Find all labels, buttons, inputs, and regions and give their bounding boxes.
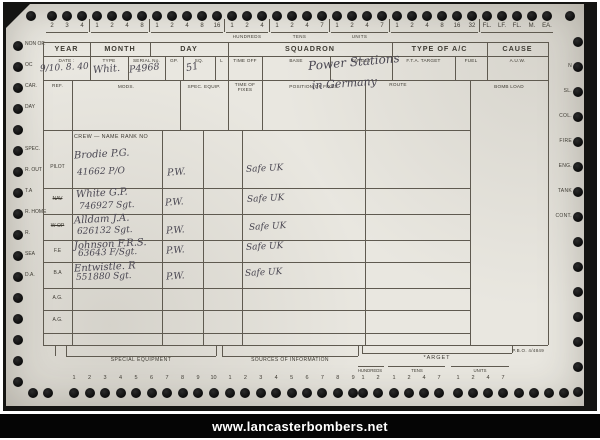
grid-line	[222, 345, 223, 356]
punch-hole	[116, 388, 126, 398]
punch-hole	[573, 262, 583, 272]
margin-label-right: ENG.	[542, 164, 572, 170]
punch-number: 3	[97, 375, 113, 381]
punch-hole	[225, 388, 235, 398]
grid-line	[66, 345, 67, 356]
punch-hole	[13, 41, 23, 51]
punch-number: 8	[175, 375, 191, 381]
crew-role-label: NAV	[43, 197, 72, 203]
punch-hole	[162, 388, 172, 398]
field-value-handwritten: Whit.	[93, 63, 121, 77]
punch-hole	[573, 337, 583, 347]
punch-number: 32	[464, 23, 480, 30]
punch-hole	[498, 388, 508, 398]
punch-number: EA.	[539, 23, 555, 30]
punch-number: 4	[416, 375, 432, 381]
grid-line	[481, 32, 553, 33]
crew-role-label: A.G.	[43, 296, 72, 302]
punch-hole	[13, 83, 23, 93]
punch-hole	[13, 188, 23, 198]
crew-role-label: A.G.	[43, 318, 72, 324]
punch-hole	[137, 11, 147, 21]
grid-line	[203, 130, 204, 345]
margin-label-right: COL.	[542, 114, 572, 120]
punch-hole	[182, 11, 192, 21]
margin-label-left: T.A	[25, 189, 52, 195]
section-label: TIME OF FIXES	[228, 82, 262, 92]
punch-hole	[227, 11, 237, 21]
section-label: REF.	[43, 83, 72, 89]
header-cell-label: DAY	[150, 45, 228, 53]
punch-hole	[13, 251, 23, 261]
punch-hole	[529, 388, 539, 398]
punch-number: 3	[253, 375, 269, 381]
punch-hole	[389, 388, 399, 398]
punch-hole	[373, 388, 383, 398]
punch-hole	[178, 388, 188, 398]
bottom-subgroup-label: HUNDREDS	[346, 368, 394, 373]
punch-hole	[573, 162, 583, 172]
crew-fate-initial: P.W.	[166, 224, 185, 236]
punch-hole	[13, 230, 23, 240]
punch-hole	[107, 11, 117, 21]
field-label: GP.	[165, 58, 183, 64]
punch-number: 4	[113, 375, 129, 381]
punch-number: 1	[269, 23, 285, 30]
grid-line	[43, 288, 470, 289]
grid-line	[358, 366, 384, 367]
punch-number: 2	[401, 375, 417, 381]
punch-number: 7	[314, 375, 330, 381]
punch-number: 6	[144, 375, 160, 381]
punch-hole	[422, 11, 432, 21]
punch-hole	[240, 388, 250, 398]
section-label: BOMB LOAD	[470, 84, 548, 90]
punch-number: 4	[119, 23, 135, 30]
punch-number: 9	[190, 375, 206, 381]
punch-number: 8	[434, 23, 450, 30]
punch-hole	[271, 388, 281, 398]
punch-hole	[193, 388, 203, 398]
punch-number: 2	[239, 23, 255, 30]
punch-number: 1	[386, 375, 402, 381]
punch-hole	[453, 388, 463, 398]
watermark-bar: www.lancasterbombers.net	[0, 414, 600, 438]
punch-hole	[85, 388, 95, 398]
punch-number: 2	[164, 23, 180, 30]
punch-number: 1	[224, 23, 240, 30]
punch-hole	[287, 388, 297, 398]
grid-line	[43, 42, 548, 43]
crew-number: 41662 P/O	[77, 166, 125, 178]
crew-role-label: F.E	[43, 249, 72, 255]
margin-label-right: FIRE	[542, 139, 572, 145]
punch-hole	[147, 388, 157, 398]
form-ref: P.B.O. 4/4849	[474, 348, 544, 353]
punch-hole	[434, 388, 444, 398]
punch-number: 16	[209, 23, 225, 30]
crew-header: CREW — NAME RANK NO	[74, 134, 254, 140]
punch-number: 8	[330, 375, 346, 381]
margin-label-left: R. HOME	[25, 210, 52, 216]
punch-hole	[272, 11, 282, 21]
punch-number: 2	[344, 23, 360, 30]
punch-group-label: HUNDREDS	[220, 34, 274, 39]
punch-hole	[573, 137, 583, 147]
punch-hole	[69, 388, 79, 398]
punch-hole	[13, 104, 23, 114]
punch-hole	[242, 11, 252, 21]
punch-hole	[257, 11, 267, 21]
punch-number: 6	[299, 375, 315, 381]
grid-line	[451, 366, 509, 367]
punch-hole	[573, 237, 583, 247]
punch-number: 4	[419, 23, 435, 30]
punch-number: 8	[194, 23, 210, 30]
punch-number: 1	[329, 23, 345, 30]
bottom-group-label: *ARGET	[362, 355, 512, 361]
punch-hole	[377, 11, 387, 21]
grid-line	[43, 310, 470, 311]
punch-hole	[13, 146, 23, 156]
punch-number: 2	[44, 23, 60, 30]
header-cell-label: CAUSE	[487, 45, 548, 53]
crew-fate-initial: P.W.	[166, 270, 185, 282]
margin-label-right: N	[542, 64, 572, 70]
punch-hole	[13, 314, 23, 324]
punch-hole	[317, 11, 327, 21]
header-cell-label: MONTH	[90, 45, 150, 53]
punch-hole	[13, 293, 23, 303]
punch-number: 4	[268, 375, 284, 381]
punch-hole	[197, 11, 207, 21]
bottom-subgroup-label: UNITS	[456, 368, 504, 373]
bottom-group-label: SOURCES OF INFORMATION	[222, 358, 358, 364]
punch-hole	[347, 11, 357, 21]
header-cell-label: YEAR	[43, 45, 90, 53]
punch-hole	[26, 11, 36, 21]
punch-number: 4	[359, 23, 375, 30]
field-value-handwritten: P4968	[128, 61, 160, 75]
punch-number: 2	[465, 375, 481, 381]
punch-hole	[287, 11, 297, 21]
punch-hole	[573, 387, 583, 397]
punch-hole	[13, 356, 23, 366]
punch-hole	[573, 362, 583, 372]
punch-number: 4	[254, 23, 270, 30]
margin-label-left: DAY	[25, 105, 52, 111]
grid-line	[43, 130, 470, 131]
punch-number: 4	[480, 375, 496, 381]
punch-hole	[573, 287, 583, 297]
punch-hole	[512, 11, 522, 21]
punch-hole	[467, 11, 477, 21]
punch-number: 1	[222, 375, 238, 381]
punch-hole	[559, 388, 569, 398]
field-label: FUEL	[455, 58, 487, 64]
field-label: TIME OFF	[228, 58, 262, 64]
punch-number: M.	[524, 23, 540, 30]
punch-number: 1	[149, 23, 165, 30]
punch-number: 4	[179, 23, 195, 30]
punch-number: 2	[404, 23, 420, 30]
punch-number: 7	[495, 375, 511, 381]
margin-label-left: SPEC.	[25, 147, 52, 153]
punch-group-label: TENS	[273, 34, 327, 39]
punch-number: 2	[284, 23, 300, 30]
margin-label-left: R.	[25, 231, 52, 237]
punch-group-label: UNITS	[333, 34, 387, 39]
grid-line	[46, 32, 88, 33]
punch-hole	[13, 209, 23, 219]
punch-hole	[13, 125, 23, 135]
crew-role-label: W-OP	[43, 224, 72, 230]
field-label: A.U.W.	[487, 58, 548, 64]
section-label: SPEC. EQUIP.	[180, 84, 228, 90]
punch-hole	[348, 388, 358, 398]
punch-hole	[573, 37, 583, 47]
punch-number: 10	[206, 375, 222, 381]
punch-hole	[317, 388, 327, 398]
grid-line	[358, 345, 359, 356]
punch-number: 1	[66, 375, 82, 381]
punch-hole	[77, 11, 87, 21]
crew-fate-result: Safe UK	[246, 241, 284, 254]
punch-hole	[497, 11, 507, 21]
punch-number: 1	[355, 375, 371, 381]
punch-number: 2	[237, 375, 253, 381]
punch-hole	[62, 11, 72, 21]
punch-hole	[573, 312, 583, 322]
punch-number: 2	[104, 23, 120, 30]
punch-hole	[514, 388, 524, 398]
punch-number: 1	[89, 23, 105, 30]
crew-number: 746927 Sgt.	[79, 200, 135, 213]
punch-hole	[209, 388, 219, 398]
route-value-handwritten: in Germany	[312, 76, 378, 93]
crew-fate-initial: P.W.	[167, 166, 186, 178]
grid-line	[216, 345, 217, 356]
punch-hole	[333, 388, 343, 398]
grid-line	[365, 80, 366, 345]
section-label: MODS.	[72, 84, 180, 90]
punch-hole	[573, 62, 583, 72]
punch-hole	[573, 187, 583, 197]
punch-number: FL.	[509, 23, 525, 30]
punch-number: 16	[449, 23, 465, 30]
punch-hole	[13, 335, 23, 345]
grid-line	[226, 32, 268, 33]
punch-number: 5	[128, 375, 144, 381]
field-value-handwritten: 9/10. 8. 40	[40, 62, 89, 75]
grid-line	[91, 32, 148, 33]
crew-fate-result: Safe UK	[249, 221, 287, 234]
field-label: L	[215, 58, 228, 64]
grid-line	[151, 32, 223, 33]
crew-role-label: B.A	[43, 271, 72, 277]
punch-hole	[392, 11, 402, 21]
grid-line	[43, 56, 548, 57]
punch-hole	[212, 11, 222, 21]
punch-hole	[167, 11, 177, 21]
punch-number: 2	[370, 375, 386, 381]
punch-number: 3	[59, 23, 75, 30]
punch-hole	[43, 388, 53, 398]
crew-role-label: PILOT	[43, 165, 72, 171]
grid-line	[43, 345, 548, 346]
punch-hole	[332, 11, 342, 21]
field-label: F.T.A. TARGET	[392, 58, 455, 64]
grid-line	[262, 56, 263, 130]
punch-hole	[92, 11, 102, 21]
grid-line	[548, 42, 549, 345]
punch-hole	[131, 388, 141, 398]
grid-line	[271, 32, 328, 33]
punch-hole	[302, 11, 312, 21]
punch-hole	[482, 11, 492, 21]
crew-name: White G.P.	[76, 187, 128, 201]
grid-line	[388, 366, 445, 367]
bottom-group-label: SPECIAL EQUIPMENT	[66, 358, 216, 364]
punch-hole	[407, 11, 417, 21]
punch-hole	[13, 62, 23, 72]
punch-number: LF.	[494, 23, 510, 30]
punch-hole	[527, 11, 537, 21]
punch-hole	[302, 388, 312, 398]
grid-line	[55, 345, 56, 356]
punch-hole	[483, 388, 493, 398]
grid-line	[391, 32, 478, 33]
punch-number: 7	[159, 375, 175, 381]
punch-hole	[565, 11, 575, 21]
grid-line	[470, 80, 471, 345]
punch-hole	[28, 388, 38, 398]
punch-hole	[452, 11, 462, 21]
punch-number: 4	[299, 23, 315, 30]
watermark-url: www.lancasterbombers.net	[212, 419, 388, 434]
grid-line	[43, 80, 548, 81]
punch-hole	[358, 388, 368, 398]
punch-hole	[468, 388, 478, 398]
crew-fate-result: Safe UK	[245, 267, 283, 280]
punch-hole	[419, 388, 429, 398]
punch-hole	[542, 11, 552, 21]
crew-fate-initial: P.W.	[166, 244, 185, 256]
punch-hole	[13, 272, 23, 282]
punch-hole	[152, 11, 162, 21]
punch-hole	[404, 388, 414, 398]
punch-hole	[437, 11, 447, 21]
punch-hole	[100, 388, 110, 398]
punch-number: 7	[314, 23, 330, 30]
punch-number: 8	[134, 23, 150, 30]
punch-number: 7	[431, 375, 447, 381]
grid-line	[43, 333, 470, 334]
grid-line	[242, 130, 243, 345]
crew-fate-result: Safe UK	[246, 163, 284, 176]
punch-hole	[573, 212, 583, 222]
punch-hole	[122, 11, 132, 21]
screenshot-page: 2341248124816124HUNDREDS1247TENS1247UNIT…	[0, 0, 600, 440]
crew-number: 626132 Sgt.	[77, 225, 133, 238]
header-cell-label: TYPE OF A/C	[392, 45, 487, 53]
punch-number: 1	[389, 23, 405, 30]
grid-line	[331, 32, 388, 33]
punch-hole	[13, 167, 23, 177]
punch-number: FL.	[479, 23, 495, 30]
header-cell-label: SQUADRON	[228, 45, 392, 53]
grid-line	[72, 80, 73, 345]
punch-number: 2	[82, 375, 98, 381]
punch-number: 1	[450, 375, 466, 381]
crew-number: 63643 F/Sgt.	[78, 247, 138, 260]
crew-fate-result: Safe UK	[247, 193, 285, 206]
margin-label-right: TANK	[542, 189, 572, 195]
punch-hole	[256, 388, 266, 398]
margin-label-right: SL.	[542, 89, 572, 95]
punch-number: 5	[284, 375, 300, 381]
punch-number: 4	[74, 23, 90, 30]
punch-hole	[362, 11, 372, 21]
punch-hole	[13, 377, 23, 387]
margin-label-right: CONT.	[542, 214, 572, 220]
punch-hole	[573, 112, 583, 122]
bottom-subgroup-label: TENS	[393, 368, 441, 373]
card-content-layer: 2341248124816124HUNDREDS1247TENS1247UNIT…	[0, 0, 600, 440]
crew-number: 551880 Sgt.	[76, 271, 132, 284]
field-value-handwritten: 51	[185, 61, 200, 75]
punch-number: 7	[374, 23, 390, 30]
grid-line	[362, 345, 363, 353]
crew-fate-initial: P.W.	[165, 196, 184, 208]
punch-hole	[544, 388, 554, 398]
crew-name: Brodie P.G.	[74, 148, 130, 163]
field-value-handwritten: Power Stations	[308, 51, 401, 73]
grid-line	[162, 130, 163, 345]
punch-hole	[573, 87, 583, 97]
punch-hole	[47, 11, 57, 21]
